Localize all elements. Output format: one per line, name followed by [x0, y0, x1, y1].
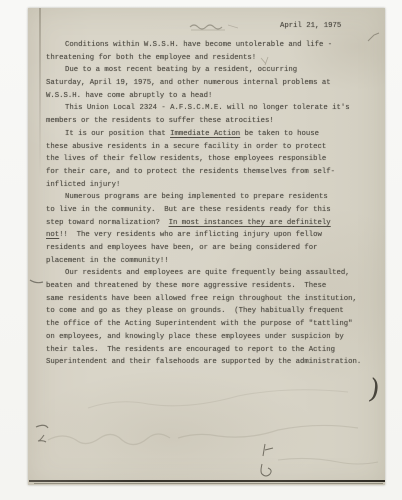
document-page: April 21, 1975 Conditions within W.S.S.H… [28, 8, 385, 485]
pencil-squiggle-bottom-left [36, 425, 48, 442]
pen-marks-bottom-center [261, 444, 273, 476]
bleedthrough-writing [48, 390, 378, 464]
scan-background: April 21, 1975 Conditions within W.S.S.H… [0, 0, 402, 500]
pencil-dash-left [30, 280, 43, 283]
handwritten-marks-layer [28, 8, 385, 485]
pencil-tick [261, 57, 268, 65]
pencil-check-top-right [368, 33, 379, 41]
strikeout-mark [190, 25, 238, 30]
